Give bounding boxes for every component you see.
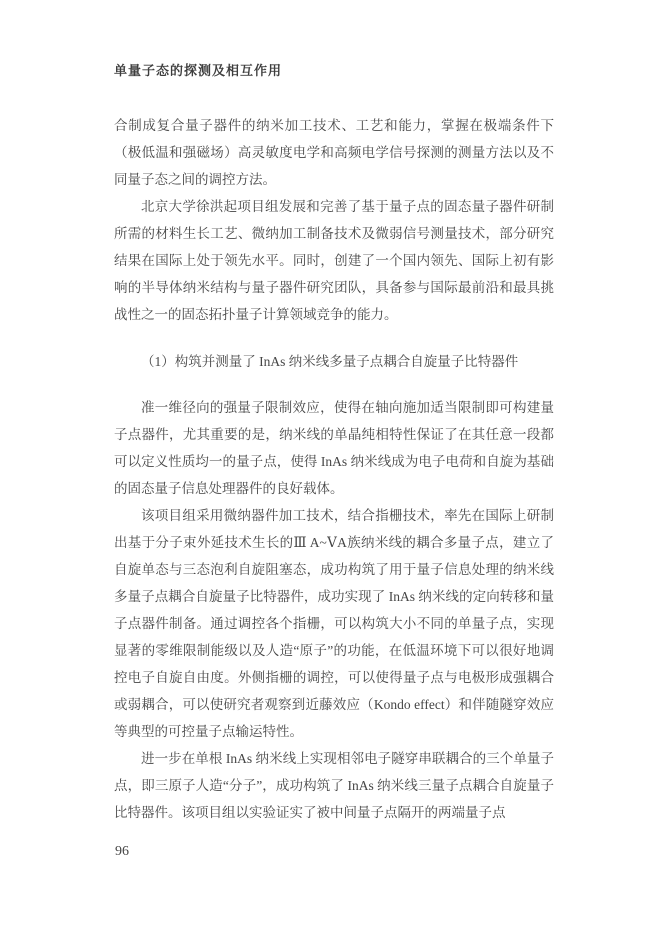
document-page: 单量子态的探测及相互作用 合制成复合量子器件的纳米加工技术、工艺和能力，掌握在极… [0, 0, 666, 930]
body-text-block: 合制成复合量子器件的纳米加工技术、工艺和能力，掌握在极端条件下（极低温和强磁场）… [114, 112, 554, 826]
body-paragraph: 准一维径向的强量子限制效应，使得在轴向施加适当限制即可构建量子点器件，尤其重要的… [114, 394, 554, 502]
body-paragraph-continuation: 合制成复合量子器件的纳米加工技术、工艺和能力，掌握在极端条件下（极低温和强磁场）… [114, 112, 554, 193]
page-number: 96 [115, 844, 129, 860]
section-heading: （1）构筑并测量了 InAs 纳米线多量子点耦合自旋量子比特器件 [114, 348, 554, 375]
body-paragraph: 进一步在单根 InAs 纳米线上实现相邻电子隧穿串联耦合的三个单量子点，即三原子… [114, 745, 554, 826]
body-paragraph: 该项目组采用微纳器件加工技术，结合指栅技术，率先在国际上研制出基于分子束外延技术… [114, 502, 554, 745]
running-header: 单量子态的探测及相互作用 [114, 60, 282, 79]
body-paragraph: 北京大学徐洪起项目组发展和完善了基于量子点的固态量子器件研制所需的材料生长工艺、… [114, 193, 554, 328]
